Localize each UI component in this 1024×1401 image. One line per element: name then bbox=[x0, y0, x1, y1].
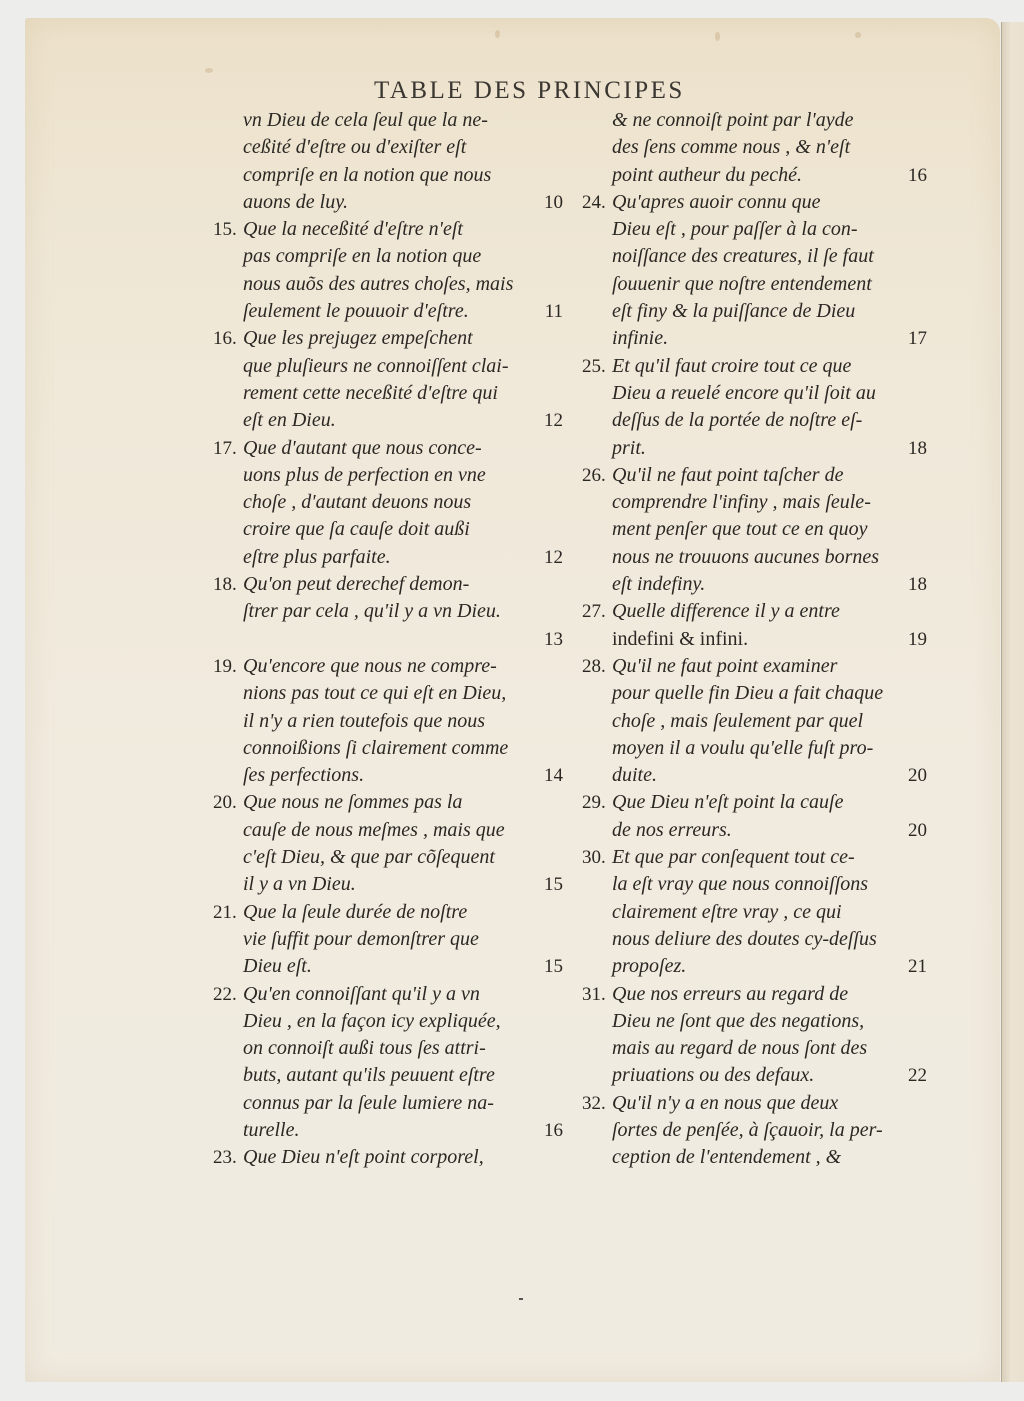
toc-entry-line: vie ſuffit pour demonſtrer que bbox=[213, 926, 563, 953]
toc-entry-line: que pluſieurs ne connoiſſent clai- bbox=[213, 353, 563, 380]
toc-entry-line: Que Dieu n'eſt point corporel,23. bbox=[213, 1144, 563, 1171]
toc-entry: Que Dieu n'eſt point corporel,23. bbox=[213, 1144, 563, 1171]
toc-entry-line: turelle.16 bbox=[213, 1117, 563, 1144]
entry-number: 22. bbox=[213, 981, 237, 1008]
toc-entry: Qu'il ne faut point examiner28.pour quel… bbox=[582, 653, 927, 789]
toc-entry-line: deſſus de la portée de noſtre eſ- bbox=[582, 407, 927, 434]
page-mark bbox=[519, 1298, 523, 1300]
toc-entry-line: Quelle difference il y a entre27. bbox=[582, 598, 927, 625]
toc-entry: Que la ſeule durée de noſtre21.vie ſuffi… bbox=[213, 899, 563, 981]
toc-entry-line: rement cette neceßité d'eſtre qui bbox=[213, 380, 563, 407]
entry-number: 18. bbox=[213, 571, 237, 598]
toc-entry-line: nous deliure des doutes cy-deſſus bbox=[582, 926, 927, 953]
page-reference: 17 bbox=[908, 325, 927, 352]
toc-entry-line: prit.18 bbox=[582, 435, 927, 462]
toc-entry: & ne connoiſt point par l'aydedes ſens c… bbox=[582, 107, 927, 189]
page-reference: 16 bbox=[908, 162, 927, 189]
toc-entry-line: il y a vn Dieu.15 bbox=[213, 871, 563, 898]
foxing-spot bbox=[495, 30, 500, 38]
page-reference: 10 bbox=[544, 189, 563, 216]
toc-entry: Qu'encore que nous ne compre-19.nions pa… bbox=[213, 653, 563, 789]
page-reference: 19 bbox=[908, 626, 927, 653]
toc-entry-line: Qu'il ne faut point examiner28. bbox=[582, 653, 927, 680]
toc-entry-line: nous ne trouuons aucunes bornes bbox=[582, 544, 927, 571]
toc-entry: Et qu'il faut croire tout ce que25.Dieu … bbox=[582, 353, 927, 462]
toc-entry-line: mais au regard de nous ſont des bbox=[582, 1035, 927, 1062]
page-reference: 15 bbox=[544, 871, 563, 898]
toc-entry: Et que par conſequent tout ce-30.la eſt … bbox=[582, 844, 927, 980]
toc-entry-line: Que Dieu n'eſt point la cauſe29. bbox=[582, 789, 927, 816]
left-column: vn Dieu de cela ſeul que la ne-ceßité d'… bbox=[213, 107, 563, 1172]
toc-entry-line: comprendre l'infiny , mais ſeule- bbox=[582, 489, 927, 516]
toc-entry: Que nous ne ſommes pas la20.cauſe de nou… bbox=[213, 789, 563, 898]
toc-entry-line: Dieu a reuelé encore qu'il ſoit au bbox=[582, 380, 927, 407]
toc-entry-line: noiſſance des creatures, il ſe faut bbox=[582, 243, 927, 270]
toc-entry-line: connus par la ſeule lumiere na- bbox=[213, 1090, 563, 1117]
toc-entry-line: eſtre plus parfaite.12 bbox=[213, 544, 563, 571]
toc-entry: Qu'apres auoir connu que24.Dieu eſt , po… bbox=[582, 189, 927, 353]
toc-entry: vn Dieu de cela ſeul que la ne-ceßité d'… bbox=[213, 107, 563, 216]
toc-entry-line: choſe , d'autant deuons nous bbox=[213, 489, 563, 516]
toc-entry-line: la eſt vray que nous connoiſſons bbox=[582, 871, 927, 898]
toc-entry-line: ception de l'entendement , & bbox=[582, 1144, 927, 1171]
toc-entry-line: eſt en Dieu.12 bbox=[213, 407, 563, 434]
toc-entry-line: Dieu , en la façon icy expliquée, bbox=[213, 1008, 563, 1035]
toc-entry-line: Que les prejugez empeſchent16. bbox=[213, 325, 563, 352]
toc-entry-line: Que nous ne ſommes pas la20. bbox=[213, 789, 563, 816]
toc-entry: Que les prejugez empeſchent16.que pluſie… bbox=[213, 325, 563, 434]
toc-entry-line: Que la ſeule durée de noſtre21. bbox=[213, 899, 563, 926]
entry-number: 19. bbox=[213, 653, 237, 680]
toc-entry-line: Qu'on peut derechef demon-18. bbox=[213, 571, 563, 598]
page-reference: 20 bbox=[908, 817, 927, 844]
entry-number: 15. bbox=[213, 216, 237, 243]
adjacent-page-edge bbox=[1001, 22, 1024, 1382]
page-reference: 18 bbox=[908, 571, 927, 598]
toc-entry-line: ſeulement le pouuoir d'eſtre.11 bbox=[213, 298, 563, 325]
toc-entry-line: de nos erreurs.20 bbox=[582, 817, 927, 844]
toc-entry-line: c'eſt Dieu, & que par cõſequent bbox=[213, 844, 563, 871]
toc-entry-line: eſt finy & la puiſſance de Dieu bbox=[582, 298, 927, 325]
page-reference: 16 bbox=[544, 1117, 563, 1144]
toc-entry-line: pas compriſe en la notion que bbox=[213, 243, 563, 270]
toc-entry-line: nions pas tout ce qui eſt en Dieu, bbox=[213, 680, 563, 707]
toc-entry-line: connoißions ſi clairement comme bbox=[213, 735, 563, 762]
entry-number: 27. bbox=[582, 598, 606, 625]
page-reference: 20 bbox=[908, 762, 927, 789]
page-reference: 15 bbox=[544, 953, 563, 980]
toc-entry-line: clairement eſtre vray , ce qui bbox=[582, 899, 927, 926]
entry-number: 30. bbox=[582, 844, 606, 871]
toc-entry-line: croire que ſa cauſe doit außi bbox=[213, 516, 563, 543]
entry-number: 26. bbox=[582, 462, 606, 489]
entry-number: 31. bbox=[582, 981, 606, 1008]
entry-number: 29. bbox=[582, 789, 606, 816]
toc-entry-line: compriſe en la notion que nous bbox=[213, 162, 563, 189]
toc-entry-line: Que nos erreurs au regard de31. bbox=[582, 981, 927, 1008]
running-head: TABLE DES PRINCIPES bbox=[374, 77, 685, 105]
entry-number: 17. bbox=[213, 435, 237, 462]
foxing-spot bbox=[715, 32, 720, 41]
toc-entry-line: uons plus de perfection en vne bbox=[213, 462, 563, 489]
toc-entry-line: vn Dieu de cela ſeul que la ne- bbox=[213, 107, 563, 134]
page-reference: 12 bbox=[544, 544, 563, 571]
page-reference: 11 bbox=[545, 298, 563, 325]
toc-entry-line: choſe , mais ſeulement par quel bbox=[582, 708, 927, 735]
toc-entry: Qu'on peut derechef demon-18.ſtrer par c… bbox=[213, 571, 563, 653]
toc-entry-line: ment penſer que tout ce en quoy bbox=[582, 516, 927, 543]
toc-entry-line: infinie.17 bbox=[582, 325, 927, 352]
page-reference: 14 bbox=[544, 762, 563, 789]
entry-number: 24. bbox=[582, 189, 606, 216]
entry-number: 21. bbox=[213, 899, 237, 926]
entry-number: 20. bbox=[213, 789, 237, 816]
toc-entry-line: Et qu'il faut croire tout ce que25. bbox=[582, 353, 927, 380]
right-column: & ne connoiſt point par l'aydedes ſens c… bbox=[582, 107, 927, 1172]
page-reference: 18 bbox=[908, 435, 927, 462]
toc-entry: Qu'en connoiſſant qu'il y a vn22.Dieu , … bbox=[213, 981, 563, 1145]
toc-entry-line: Qu'encore que nous ne compre-19. bbox=[213, 653, 563, 680]
entry-number: 28. bbox=[582, 653, 606, 680]
toc-entry-line: ſes perfections.14 bbox=[213, 762, 563, 789]
toc-entry-line: propoſez.21 bbox=[582, 953, 927, 980]
toc-entry-line: ſouuenir que noſtre entendement bbox=[582, 271, 927, 298]
toc-entry-line: point autheur du peché.16 bbox=[582, 162, 927, 189]
toc-entry: Que la neceßité d'eſtre n'eſt15.pas comp… bbox=[213, 216, 563, 325]
toc-entry: Que d'autant que nous conce-17.uons plus… bbox=[213, 435, 563, 571]
toc-entry-line: des ſens comme nous , & n'eſt bbox=[582, 134, 927, 161]
toc-entry-line: & ne connoiſt point par l'ayde bbox=[582, 107, 927, 134]
toc-entry-line: Que d'autant que nous conce-17. bbox=[213, 435, 563, 462]
toc-entry-line: indefini & infini.19 bbox=[582, 626, 927, 653]
page-reference: 21 bbox=[908, 953, 927, 980]
toc-entry-line: Dieu ne ſont que des negations, bbox=[582, 1008, 927, 1035]
page-reference: 22 bbox=[908, 1062, 927, 1089]
toc-entry-line: pour quelle fin Dieu a fait chaque bbox=[582, 680, 927, 707]
toc-entry-line: auons de luy.10 bbox=[213, 189, 563, 216]
page-reference: 12 bbox=[544, 407, 563, 434]
entry-number: 32. bbox=[582, 1090, 606, 1117]
foxing-spot bbox=[205, 68, 213, 73]
toc-entry-line: Qu'il n'y a en nous que deux32. bbox=[582, 1090, 927, 1117]
toc-entry-line: Qu'apres auoir connu que24. bbox=[582, 189, 927, 216]
toc-entry-line: il n'y a rien toutefois que nous bbox=[213, 708, 563, 735]
foxing-spot bbox=[855, 32, 861, 38]
toc-entry: Que Dieu n'eſt point la cauſe29.de nos e… bbox=[582, 789, 927, 844]
toc-entry-line: duite.20 bbox=[582, 762, 927, 789]
toc-entry-line: Dieu eſt.15 bbox=[213, 953, 563, 980]
toc-entry-line: Qu'en connoiſſant qu'il y a vn22. bbox=[213, 981, 563, 1008]
toc-entry-line: priuations ou des defaux.22 bbox=[582, 1062, 927, 1089]
toc-entry-line: buts, autant qu'ils peuuent eſtre bbox=[213, 1062, 563, 1089]
toc-entry-line: ceßité d'eſtre ou d'exiſter eſt bbox=[213, 134, 563, 161]
toc-entry: Qu'il n'y a en nous que deux32.ſortes de… bbox=[582, 1090, 927, 1172]
toc-entry: Que nos erreurs au regard de31.Dieu ne ſ… bbox=[582, 981, 927, 1090]
entry-number: 23. bbox=[213, 1144, 237, 1171]
toc-entry-line: on connoiſt außi tous ſes attri- bbox=[213, 1035, 563, 1062]
toc-entry-line: ſortes de penſée, à ſçauoir, la per- bbox=[582, 1117, 927, 1144]
toc-entry: Quelle difference il y a entre27.indefin… bbox=[582, 598, 927, 653]
toc-entry-line: ſtrer par cela , qu'il y a vn Dieu. bbox=[213, 598, 563, 625]
toc-entry-line: cauſe de nous meſmes , mais que bbox=[213, 817, 563, 844]
toc-entry-line: 13 bbox=[213, 626, 563, 653]
toc-entry-line: Dieu eſt , pour paſſer à la con- bbox=[582, 216, 927, 243]
page-reference: 13 bbox=[544, 626, 563, 653]
toc-entry: Qu'il ne faut point taſcher de26.compren… bbox=[582, 462, 927, 598]
entry-number: 16. bbox=[213, 325, 237, 352]
toc-entry-line: nous auõs des autres choſes, mais bbox=[213, 271, 563, 298]
toc-entry-line: Et que par conſequent tout ce-30. bbox=[582, 844, 927, 871]
toc-entry-line: moyen il a voulu qu'elle fuſt pro- bbox=[582, 735, 927, 762]
entry-number: 25. bbox=[582, 353, 606, 380]
toc-entry-line: eſt indefiny.18 bbox=[582, 571, 927, 598]
toc-entry-line: Que la neceßité d'eſtre n'eſt15. bbox=[213, 216, 563, 243]
toc-entry-line: Qu'il ne faut point taſcher de26. bbox=[582, 462, 927, 489]
